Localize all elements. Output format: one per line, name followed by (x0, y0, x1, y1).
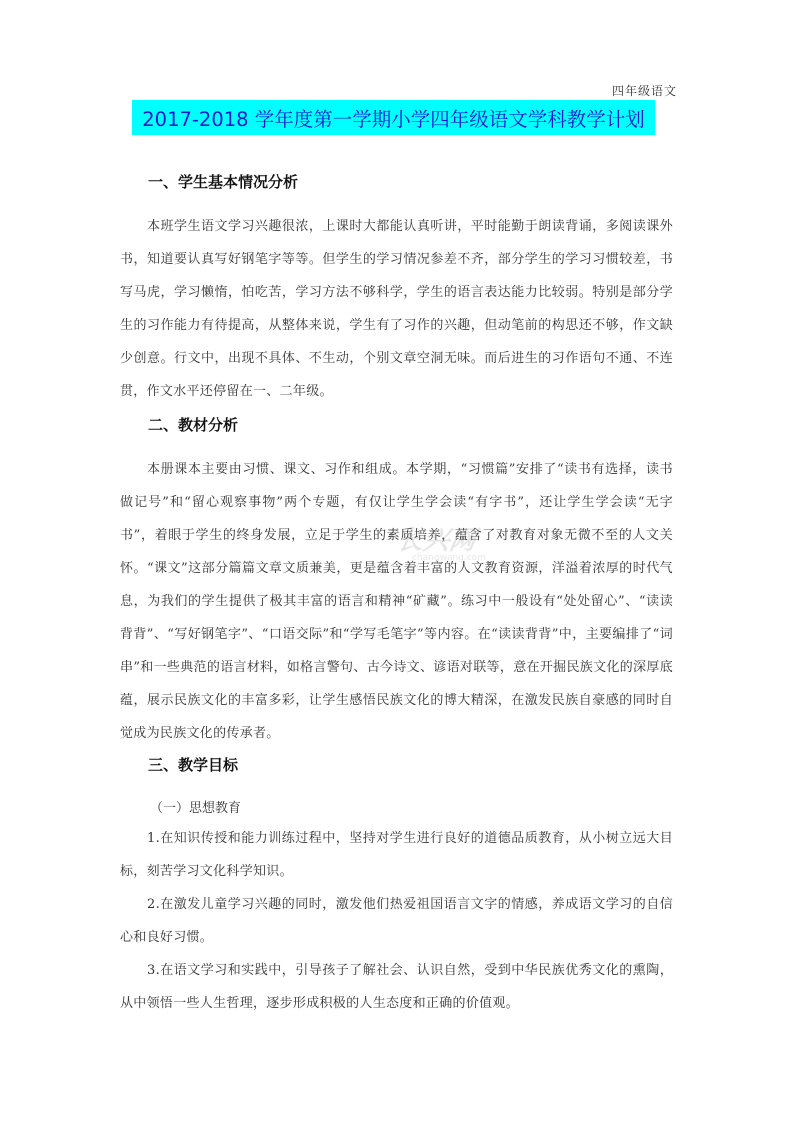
document-title: 2017-2018 学年度第一学期小学四年级语文学科教学计划 (142, 104, 645, 132)
section-heading-student-analysis: 一、学生基本情况分析 (148, 171, 298, 192)
subheading-moral-education: （一）思想教育 (150, 797, 241, 816)
section-heading-textbook-analysis: 二、教材分析 (148, 414, 238, 435)
document-title-bar: 2017-2018 学年度第一学期小学四年级语文学科教学计划 (132, 100, 655, 135)
running-header: 四年级语文 (612, 82, 677, 99)
section-heading-teaching-goals: 三、教学目标 (148, 754, 238, 775)
goal-item-3: 3.在语文学习和实践中，引导孩子了解社会、认识自然，受到中华民族优秀文化的熏陶，… (120, 954, 673, 1020)
goal-item-1: 1.在知识传授和能力训练过程中，坚持对学生进行良好的道德品质教育，从小树立远大目… (120, 822, 673, 888)
paragraph-textbook-analysis: 本册课本主要由习惯、课文、习作和组成。本学期，“习惯篇”安排了“读书有选择，读书… (120, 453, 673, 750)
paragraph-student-analysis: 本班学生语文学习兴趣很浓，上课时大都能认真听讲，平时能勤于朗读背诵，多阅读课外书… (120, 210, 673, 408)
goal-item-2: 2.在激发儿童学习兴趣的同时，激发他们热爱祖国语言文字的情感，养成语文学习的自信… (120, 888, 673, 954)
